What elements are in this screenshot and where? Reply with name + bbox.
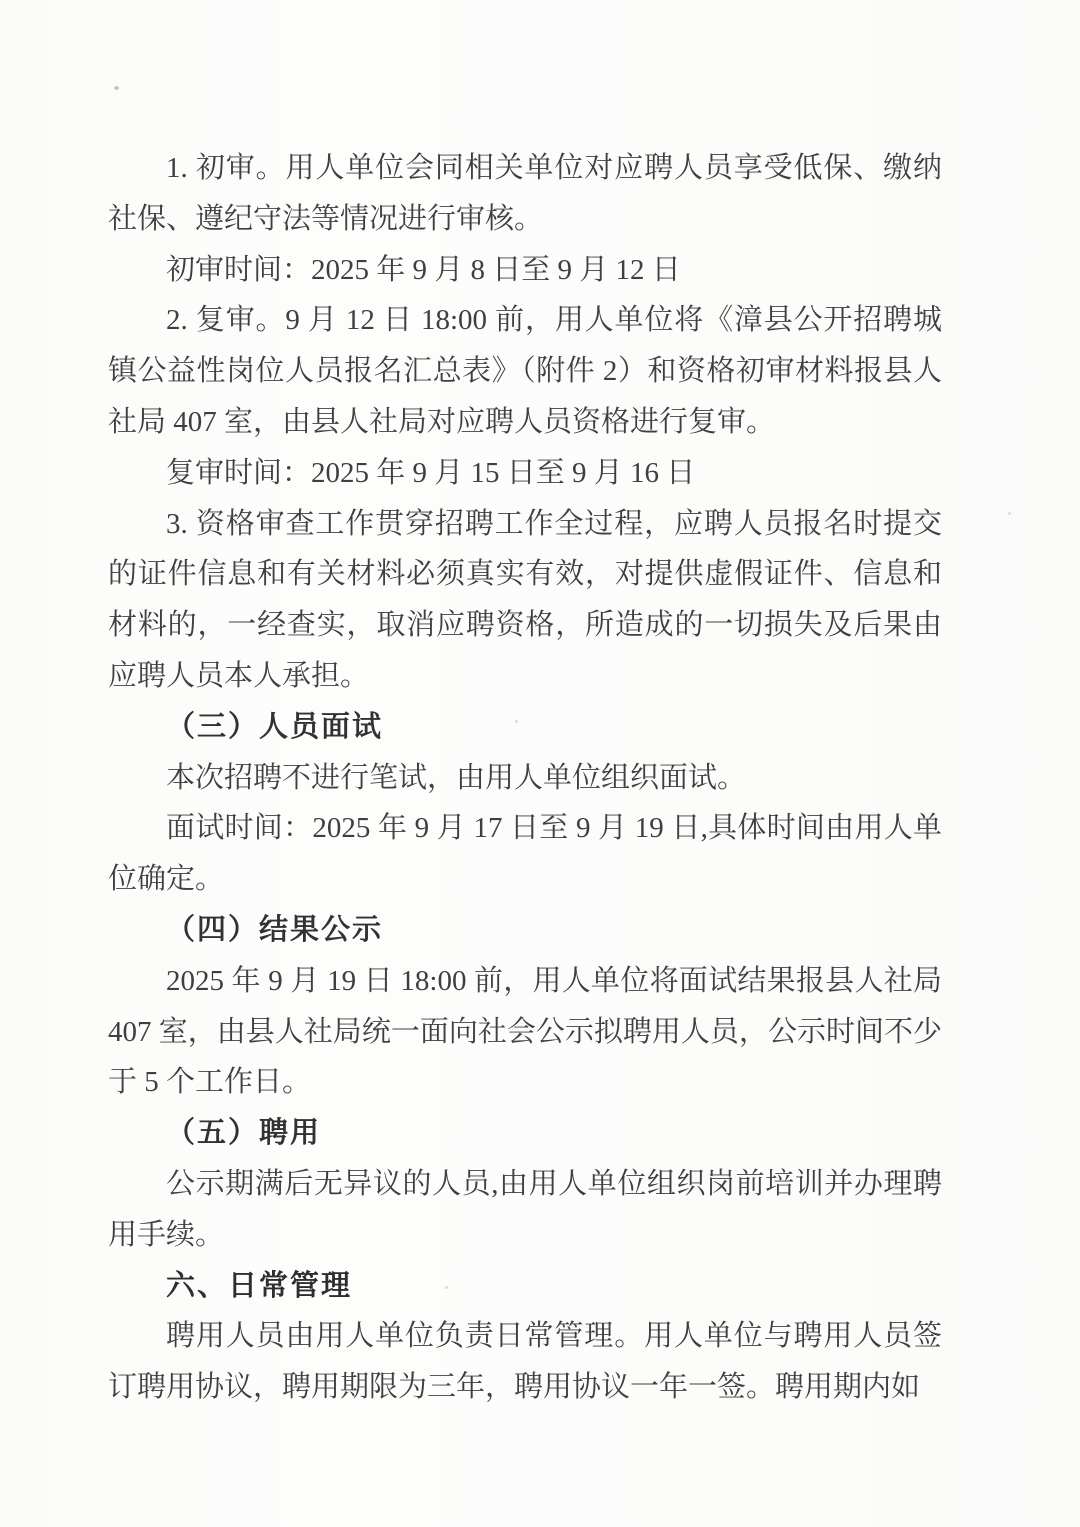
section-heading-interview: （三）人员面试: [108, 702, 942, 753]
paragraph-initial-review-time: 初审时间：2025 年 9 月 8 日至 9 月 12 日: [108, 245, 942, 296]
section-heading-result-publicity: （四）结果公示: [108, 905, 942, 956]
paragraph-second-review: 2. 复审。9 月 12 日 18:00 前，用人单位将《漳县公开招聘城镇公益性…: [108, 295, 942, 447]
paragraph-no-written-test: 本次招聘不进行笔试，由用人单位组织面试。: [108, 753, 942, 804]
document-page: 1. 初审。用人单位会同相关单位对应聘人员享受低保、缴纳社保、遵纪守法等情况进行…: [0, 0, 1080, 1527]
section-heading-employment: （五）聘用: [108, 1108, 942, 1159]
paragraph-initial-review: 1. 初审。用人单位会同相关单位对应聘人员享受低保、缴纳社保、遵纪守法等情况进行…: [108, 143, 942, 245]
document-body: 1. 初审。用人单位会同相关单位对应聘人员享受低保、缴纳社保、遵纪守法等情况进行…: [108, 143, 942, 1413]
paragraph-result-publicity: 2025 年 9 月 19 日 18:00 前，用人单位将面试结果报县人社局 4…: [108, 956, 942, 1108]
scan-speck: [1008, 512, 1011, 515]
section-heading-daily-management: 六、日常管理: [108, 1261, 942, 1312]
scan-speck: [114, 86, 119, 90]
paragraph-daily-management: 聘用人员由用人单位负责日常管理。用人单位与聘用人员签订聘用协议，聘用期限为三年，…: [108, 1311, 942, 1413]
paragraph-employment: 公示期满后无异议的人员,由用人单位组织岗前培训并办理聘用手续。: [108, 1159, 942, 1261]
paragraph-second-review-time: 复审时间：2025 年 9 月 15 日至 9 月 16 日: [108, 448, 942, 499]
paragraph-interview-time: 面试时间：2025 年 9 月 17 日至 9 月 19 日,具体时间由用人单位…: [108, 803, 942, 905]
paragraph-qualification-check: 3. 资格审查工作贯穿招聘工作全过程，应聘人员报名时提交的证件信息和有关材料必须…: [108, 499, 942, 702]
